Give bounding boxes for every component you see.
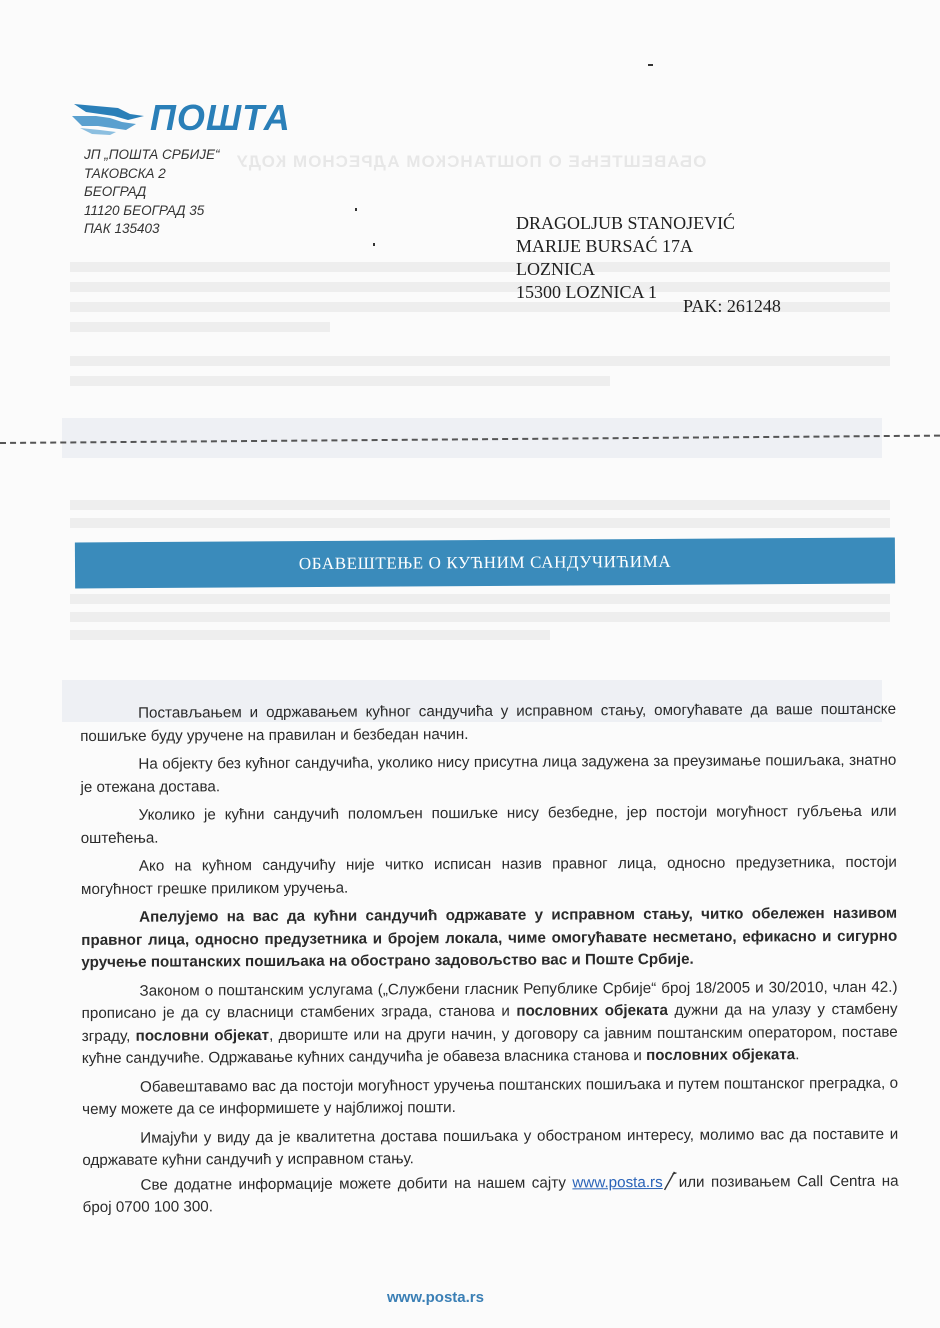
website-link[interactable]: www.posta.rs — [572, 1173, 662, 1190]
sender-address: ЈП „ПОШТА СРБИЈЕ“ ТАКОВСКА 2 БЕОГРАД 111… — [84, 146, 220, 239]
contact-text: Све додатне информације можете добити на… — [140, 1174, 572, 1193]
notice-title-banner: ОБАВЕШТЕЊЕ О КУЋНИМ САНДУЧИЋИМА — [75, 537, 895, 588]
law-paragraph: Законом о поштанским услугама („Службени… — [81, 976, 897, 1070]
bleed-through-line — [70, 322, 330, 332]
posta-wings-logo-icon — [70, 100, 148, 136]
footer-website-link[interactable]: www.posta.rs — [387, 1289, 484, 1306]
bleed-through-line — [70, 500, 890, 510]
law-text: . — [795, 1046, 799, 1063]
contact-paragraph: Све додатне информације можете добити на… — [82, 1168, 898, 1219]
brand-name: ПОШТА — [150, 100, 291, 136]
recipient-pak-code: PAK: 261248 — [683, 296, 781, 317]
law-emphasis: пословних објеката — [646, 1046, 795, 1064]
appeal-paragraph: Апелујемо на вас да кућни сандучић одржа… — [81, 903, 897, 975]
sender-line: 11120 БЕОГРАД 35 — [84, 202, 220, 221]
appeal-text: Апелујемо на вас да кућни сандучић одржа… — [81, 905, 897, 971]
paragraph: На објекту без кућног сандучића, уколико… — [80, 750, 896, 799]
bleed-through-line — [70, 356, 890, 366]
sender-line: ПАК 135403 — [84, 220, 220, 239]
law-emphasis: пословних објеката — [516, 1002, 668, 1020]
paragraph: Постављањем и одржавањем кућног сандучић… — [80, 699, 896, 748]
paragraph: Ако на кућном сандучићу није читко испис… — [81, 852, 897, 901]
law-emphasis: пословни објекат — [136, 1027, 270, 1045]
recipient-name: DRAGOLJUB STANOJEVIĆ — [516, 212, 735, 235]
scan-speck — [355, 208, 357, 211]
paragraph: Обавештавамо вас да постоји могућност ур… — [82, 1072, 898, 1121]
notice-title: ОБАВЕШТЕЊЕ О КУЋНИМ САНДУЧИЋИМА — [299, 552, 671, 574]
recipient-address: DRAGOLJUB STANOJEVIĆ MARIJE BURSAĆ 17A L… — [516, 212, 735, 304]
bleed-through-line — [70, 630, 550, 640]
sender-line: ТАКОВСКА 2 — [84, 165, 220, 184]
bleed-through-line — [70, 262, 890, 272]
bleed-through-line — [70, 376, 610, 386]
recipient-city: LOZNICA — [516, 258, 735, 281]
pen-mark-icon — [663, 1169, 679, 1191]
recipient-street: MARIJE BURSAĆ 17A — [516, 235, 735, 258]
bleed-through-line — [70, 612, 890, 622]
sender-line: ЈП „ПОШТА СРБИЈЕ“ — [84, 146, 220, 165]
scan-speck — [648, 64, 653, 66]
notice-body: Постављањем и одржавањем кућног сандучић… — [80, 699, 899, 1226]
sender-line: БЕОГРАД — [84, 183, 220, 202]
bleed-through-line — [70, 282, 890, 292]
scan-speck — [373, 243, 375, 246]
bleed-through-heading: ОБАВЕШТЕЊЕ О ПОШТАНСКОМ АДРЕСНОМ КОДУ — [236, 152, 706, 172]
paragraph: Имајући у виду да је квалитетна достава … — [82, 1123, 898, 1172]
bleed-through-line — [70, 518, 890, 528]
paragraph: Уколико је кућни сандучић поломљен пошиљ… — [81, 801, 897, 850]
posta-logo: ПОШТА — [70, 100, 291, 136]
bleed-through-line — [70, 594, 890, 604]
